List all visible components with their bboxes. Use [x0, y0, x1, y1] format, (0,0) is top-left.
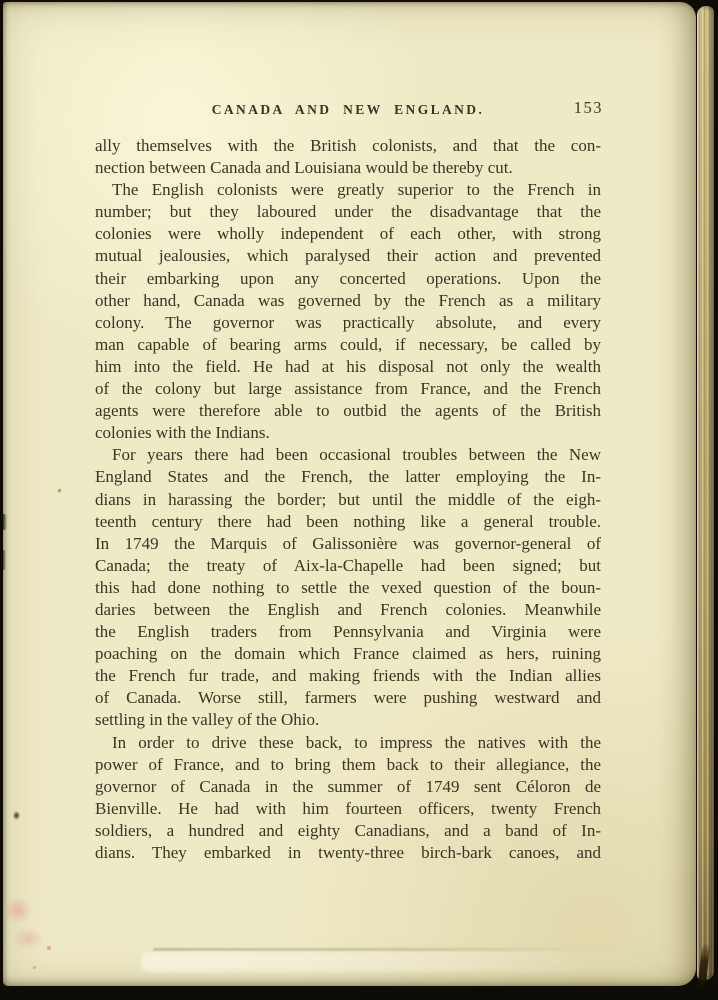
text-line: In 1749 the Marquis of Galissonière was … [95, 533, 601, 555]
text-line: teenth century there had been nothing li… [95, 511, 601, 533]
text-line: of the colony but large assistance from … [95, 378, 601, 400]
pink-stain [0, 892, 49, 954]
text-line: man capable of bearing arms could, if ne… [95, 334, 601, 356]
paper-crease [141, 952, 661, 972]
running-title: CANADA AND NEW ENGLAND. [95, 100, 601, 120]
text-line: England States and the French, the latte… [95, 466, 601, 488]
pink-stain-dot [47, 946, 51, 950]
pink-stain-dot [33, 966, 36, 969]
page-edge-notch [698, 944, 710, 987]
text-line: of Canada. Worse still, farmers were pus… [95, 687, 601, 709]
page-sheet: CANADA AND NEW ENGLAND. 153 ally themsel… [3, 2, 696, 986]
page-body: ally themselves with the British colonis… [95, 135, 601, 864]
text-line: this had done nothing to settle the vexe… [95, 577, 601, 599]
text-line: dians in harassing the border; but until… [95, 489, 601, 511]
edge-nick [3, 550, 6, 570]
page-content: CANADA AND NEW ENGLAND. 153 ally themsel… [95, 100, 601, 864]
text-line: other hand, Canada was governed by the F… [95, 290, 601, 312]
text-line: agents were therefore able to outbid the… [95, 400, 601, 422]
page-header: CANADA AND NEW ENGLAND. 153 [95, 100, 601, 120]
book-scan: CANADA AND NEW ENGLAND. 153 ally themsel… [0, 0, 718, 1000]
text-line: daries between the English and French co… [95, 599, 601, 621]
text-line: Bienville. He had with him fourteen offi… [95, 798, 601, 820]
text-line: mutual jealousies, which paralysed their… [95, 245, 601, 267]
paper-crease [153, 948, 573, 951]
text-line: The English colonists were greatly super… [95, 179, 601, 201]
text-line: Canada; the treaty of Aix-la-Chapelle ha… [95, 555, 601, 577]
text-line: governor of Canada in the summer of 1749… [95, 776, 601, 798]
text-line: settling in the valley of the Ohio. [95, 709, 601, 731]
text-line: him into the field. He had at his dispos… [95, 356, 601, 378]
text-line: the French fur trade, and making friends… [95, 665, 601, 687]
paper-speck [57, 488, 62, 493]
page-edge-strip [697, 6, 714, 980]
text-line: colonies with the Indians. [95, 422, 601, 444]
text-line: dians. They embarked in twenty-three bir… [95, 842, 601, 864]
paragraph: In order to drive these back, to impress… [95, 732, 601, 865]
text-line: In order to drive these back, to impress… [95, 732, 601, 754]
edge-nick [3, 514, 7, 530]
text-line: their embarking upon any concerted opera… [95, 268, 601, 290]
page-number: 153 [574, 98, 603, 118]
text-line: number; but they laboured under the disa… [95, 201, 601, 223]
text-line: nection between Canada and Louisiana wou… [95, 157, 601, 179]
text-line: soldiers, a hundred and eighty Canadians… [95, 820, 601, 842]
ink-smudge [168, 140, 182, 149]
text-line: colony. The governor was practically abs… [95, 312, 601, 334]
paragraph: The English colonists were greatly super… [95, 179, 601, 444]
text-line: colonies were wholly independent of each… [95, 223, 601, 245]
text-line: the English traders from Pennsylvania an… [95, 621, 601, 643]
text-line: power of France, and to bring them back … [95, 754, 601, 776]
text-line: poaching on the domain which France clai… [95, 643, 601, 665]
paragraph: For years there had been occasional trou… [95, 444, 601, 731]
text-line: For years there had been occasional trou… [95, 444, 601, 466]
paper-speck [12, 810, 21, 821]
